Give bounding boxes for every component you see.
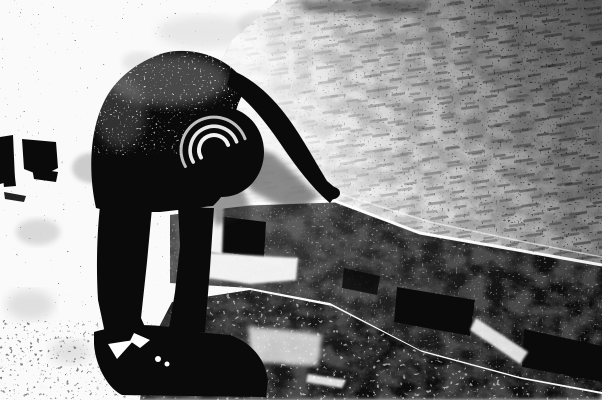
film-grain-overlay (0, 0, 602, 400)
photo-canvas (0, 0, 602, 400)
photo (0, 0, 602, 400)
